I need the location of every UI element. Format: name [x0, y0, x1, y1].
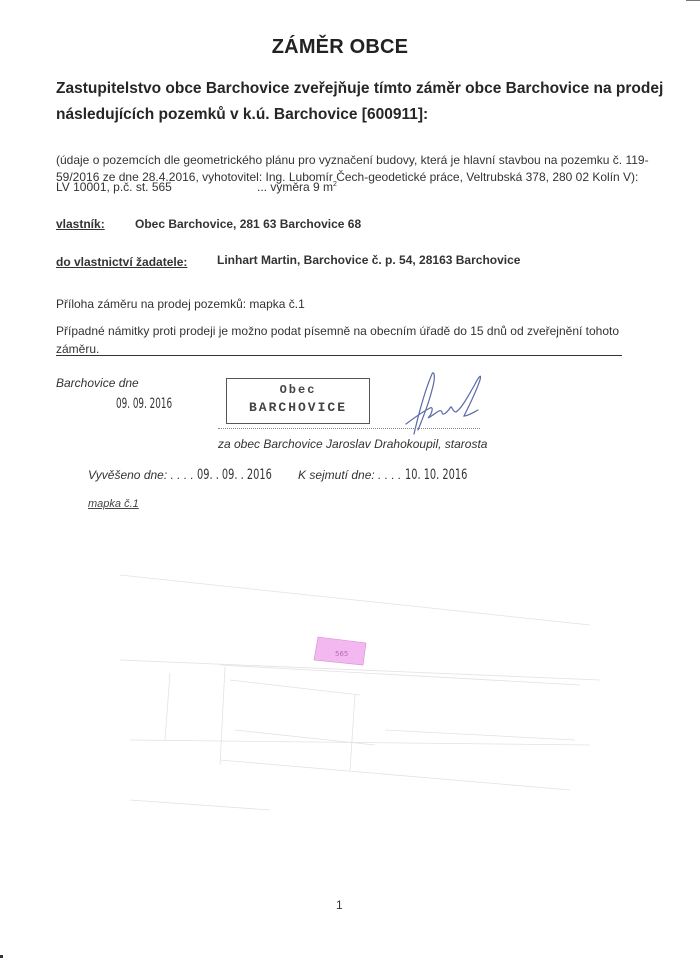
attachment-note: Příloha záměru na prodej pozemků: mapka …: [56, 297, 305, 311]
date-stamp: 09. 09. 2016: [116, 396, 172, 412]
parcel-area: ... výměra 9 m2: [257, 180, 337, 194]
stamp-line-1: Obec: [227, 383, 369, 397]
map-parcel-label: 565: [335, 650, 348, 658]
posted-date: Vyvěšeno dne: . . . . 09. . 09. . 2016: [88, 467, 304, 483]
parcel-id: LV 10001, p.č. st. 565: [56, 180, 172, 194]
scan-mark-top: [686, 0, 700, 1]
signature-line: [218, 428, 480, 429]
intro-line-2: následujících pozemků v k.ú. Barchovice …: [56, 102, 663, 128]
objection-note: Případné námitky proti prodeji je možno …: [56, 322, 626, 358]
map-attachment-link[interactable]: mapka č.1: [88, 498, 139, 510]
removal-label: K sejmutí dne: . . . .: [298, 468, 401, 482]
place-date-label: Barchovice dne: [56, 376, 139, 390]
note-line-1: (údaje o pozemcích dle geometrického plá…: [56, 152, 649, 169]
signer-caption: za obec Barchovice Jaroslav Drahokoupil,…: [218, 437, 487, 451]
posted-date-value: 09. . 09. . 2016: [197, 467, 272, 483]
posted-label: Vyvěšeno dne: . . . .: [88, 468, 194, 482]
stamp-line-2: BARCHOVICE: [227, 400, 369, 415]
divider: [56, 355, 622, 356]
owner-value: Obec Barchovice, 281 63 Barchovice 68: [135, 217, 361, 231]
municipal-stamp: Obec BARCHOVICE: [226, 378, 370, 424]
area-text: ... výměra 9 m: [257, 180, 333, 194]
intro-heading: Zastupitelstvo obce Barchovice zveřejňuj…: [56, 76, 663, 128]
area-exponent: 2: [333, 181, 337, 188]
buyer-label: do vlastnictví žadatele:: [56, 255, 187, 269]
scan-mark: [0, 955, 3, 958]
buyer-value: Linhart Martin, Barchovice č. p. 54, 281…: [217, 253, 520, 267]
removal-date: K sejmutí dne: . . . . 10. 10. 2016: [298, 467, 494, 483]
removal-date-value: 10. 10. 2016: [405, 467, 467, 483]
document-title: ZÁMĚR OBCE: [0, 36, 680, 59]
cadastral-map: 565: [110, 555, 610, 815]
owner-label: vlastník:: [56, 217, 105, 231]
signature-icon: [392, 368, 492, 440]
page-number: 1: [336, 898, 343, 912]
intro-line-1: Zastupitelstvo obce Barchovice zveřejňuj…: [56, 76, 663, 102]
